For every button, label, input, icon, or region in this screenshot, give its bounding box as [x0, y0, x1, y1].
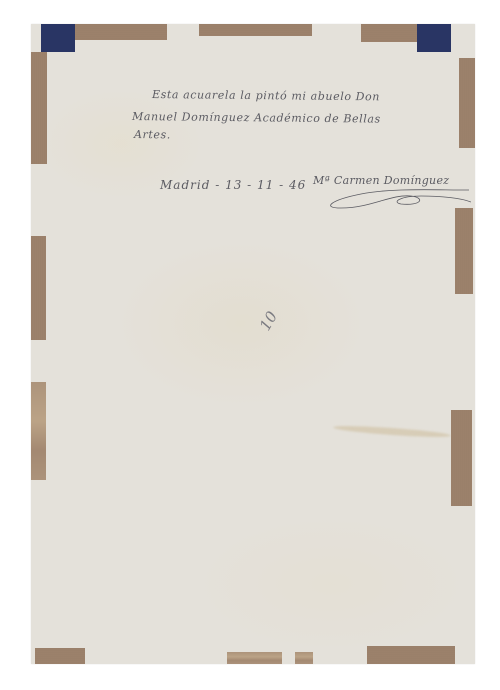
- signature-flourish-icon: [321, 184, 471, 214]
- inscription-line-2: Manuel Domínguez Académico de Bellas: [132, 110, 381, 126]
- inscription-line-3: Artes.: [134, 128, 171, 141]
- inscription-line-1: Esta acuarela la pintó mi abuelo Don: [152, 88, 380, 103]
- handwritten-inscription: Esta acuarela la pintó mi abuelo Don Man…: [31, 24, 475, 664]
- place-date: Madrid - 13 - 11 - 46: [160, 178, 306, 192]
- document-sheet: Esta acuarela la pintó mi abuelo Don Man…: [31, 24, 475, 664]
